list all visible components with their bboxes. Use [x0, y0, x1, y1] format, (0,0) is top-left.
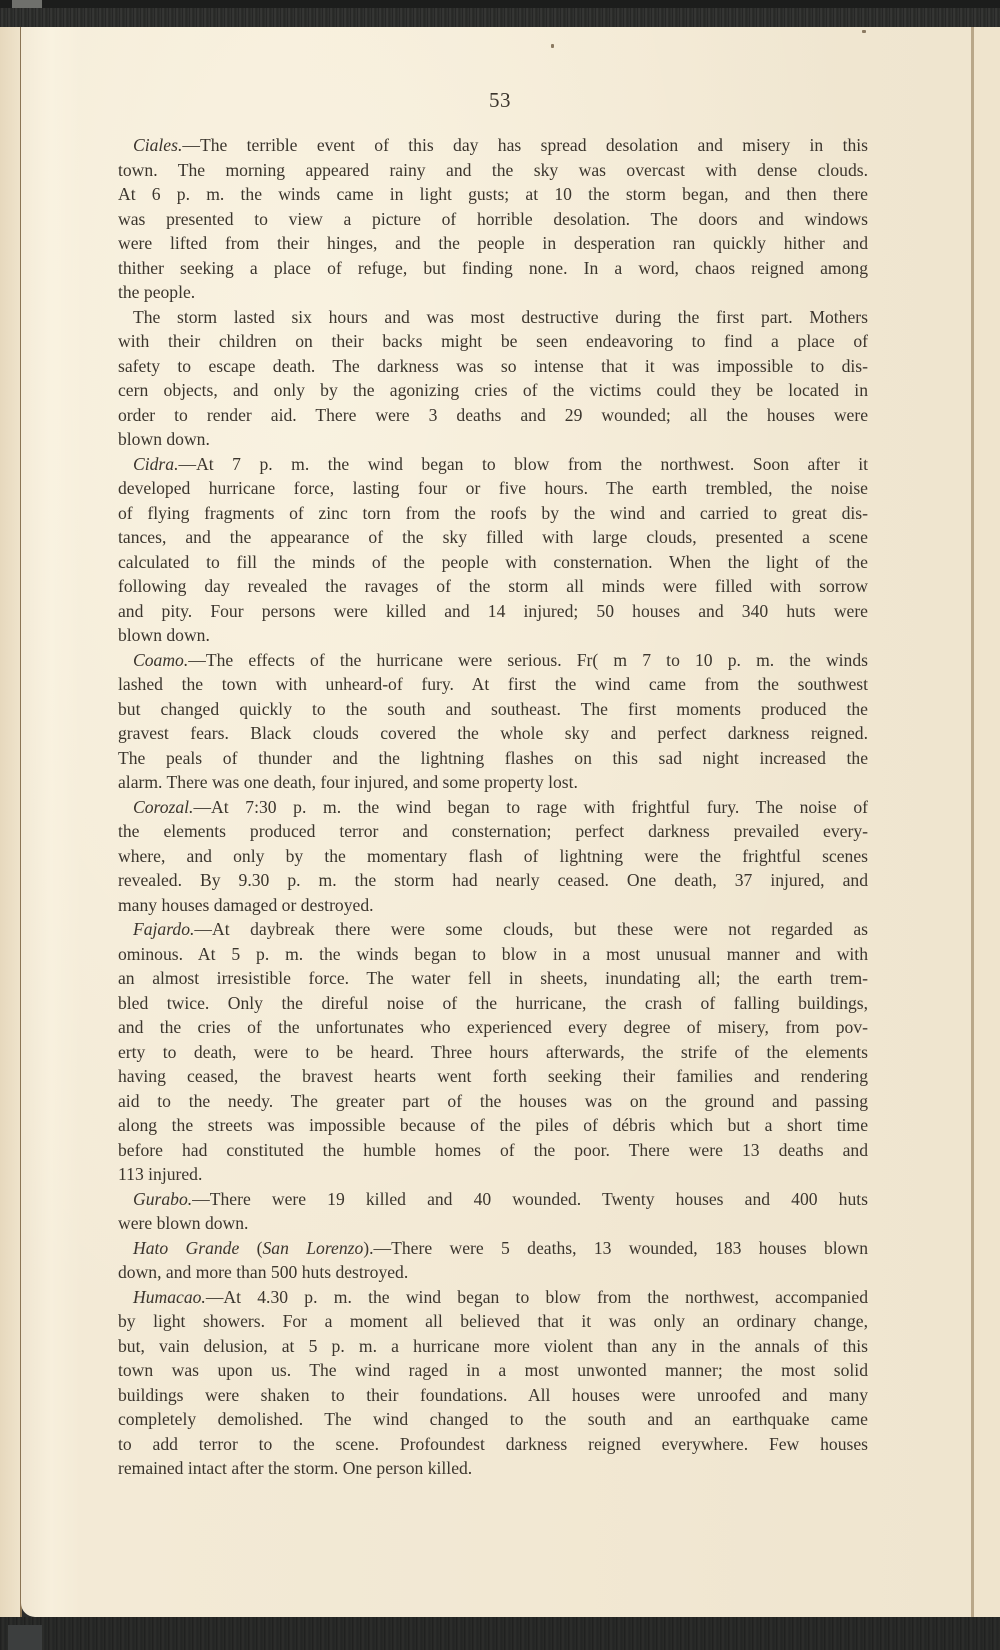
- line-text: —There were 19 killed and 40 wounded. Tw…: [192, 1189, 868, 1209]
- binding-tab: [8, 1625, 42, 1650]
- text-line: before had constituted the humble homes …: [118, 1138, 868, 1163]
- text-line: Cidra.—At 7 p. m. the wind began to blow…: [118, 452, 868, 477]
- text-line: by light showers. For a moment all belie…: [118, 1309, 868, 1334]
- line-text: alarm. There was one death, four injured…: [118, 772, 578, 792]
- text-line: where, and only by the momentary flash o…: [118, 844, 868, 869]
- text-line: and the cries of the unfortunates who ex…: [118, 1015, 868, 1040]
- line-text: the elements produced terror and conster…: [118, 821, 868, 841]
- text-line: blown down.: [118, 623, 868, 648]
- paragraph: Gurabo.—There were 19 killed and 40 woun…: [118, 1187, 868, 1236]
- text-line: revealed. By 9.30 p. m. the storm had ne…: [118, 868, 868, 893]
- text-line: Hato Grande (San Lorenzo).—There were 5 …: [118, 1236, 868, 1261]
- place-name: Fajardo.: [133, 919, 194, 939]
- text-line: order to render aid. There were 3 deaths…: [118, 403, 868, 428]
- line-text: to add terror to the scene. Profoundest …: [118, 1434, 868, 1454]
- document-body: Ciales.—The terrible event of this day h…: [118, 133, 868, 1481]
- place-name-part: San Lorenzo: [263, 1238, 364, 1258]
- line-text: many houses damaged or destroyed.: [118, 895, 374, 915]
- text-line: thither seeking a place of refuge, but f…: [118, 256, 868, 281]
- line-text: down, and more than 500 huts destroyed.: [118, 1262, 408, 1282]
- text-line: aid to the needy. The greater part of th…: [118, 1089, 868, 1114]
- text-line: down, and more than 500 huts destroyed.: [118, 1260, 868, 1285]
- line-text: The peals of thunder and the lightning f…: [118, 748, 868, 768]
- line-text: the people.: [118, 282, 195, 302]
- line-text: having ceased, the bravest hearts went f…: [118, 1066, 868, 1086]
- place-name: Gurabo.: [133, 1189, 192, 1209]
- previous-page-edge: [0, 27, 22, 1617]
- line-text: before had constituted the humble homes …: [118, 1140, 868, 1160]
- line-text: an almost irresistible force. The water …: [118, 968, 868, 988]
- text-line: many houses damaged or destroyed.: [118, 893, 868, 918]
- line-text: lashed the town with unheard-of fury. At…: [118, 674, 868, 694]
- text-line: 113 injured.: [118, 1162, 868, 1187]
- paragraph: The storm lasted six hours and was most …: [118, 305, 868, 452]
- text-line: tances, and the appearance of the sky fi…: [118, 525, 868, 550]
- line-text: following day revealed the ravages of th…: [118, 576, 868, 596]
- text-line: blown down.: [118, 427, 868, 452]
- text-line: Humacao.—At 4.30 p. m. the wind began to…: [118, 1285, 868, 1310]
- line-text: completely demolished. The wind changed …: [118, 1409, 868, 1429]
- line-text: —At 7 p. m. the wind began to blow from …: [178, 454, 868, 474]
- text-line: an almost irresistible force. The water …: [118, 966, 868, 991]
- text-line: developed hurricane force, lasting four …: [118, 476, 868, 501]
- text-line: The peals of thunder and the lightning f…: [118, 746, 868, 771]
- line-text: blown down.: [118, 429, 210, 449]
- text-line: having ceased, the bravest hearts went f…: [118, 1064, 868, 1089]
- line-text: remained intact after the storm. One per…: [118, 1458, 472, 1478]
- line-text: along the streets was impossible because…: [118, 1115, 868, 1135]
- text-line: were blown down.: [118, 1211, 868, 1236]
- text-line: remained intact after the storm. One per…: [118, 1456, 868, 1481]
- text-line: were lifted from their hinges, and the p…: [118, 231, 868, 256]
- text-line: town. The morning appeared rainy and the…: [118, 158, 868, 183]
- paper-speck: [862, 30, 866, 33]
- text-line: calculated to fill the minds of the peop…: [118, 550, 868, 575]
- line-text: were blown down.: [118, 1213, 248, 1233]
- line-text: ominous. At 5 p. m. the winds began to b…: [118, 944, 868, 964]
- line-text: town. The morning appeared rainy and the…: [118, 160, 868, 180]
- text-line: town was upon us. The wind raged in a mo…: [118, 1358, 868, 1383]
- text-line: with their children on their backs might…: [118, 329, 868, 354]
- line-text: calculated to fill the minds of the peop…: [118, 552, 868, 572]
- page-number: 53: [0, 88, 1000, 113]
- line-text: with their children on their backs might…: [118, 331, 868, 351]
- text-line: buildings were shaken to their foundatio…: [118, 1383, 868, 1408]
- line-text: —The effects of the hurricane were serio…: [188, 650, 868, 670]
- text-line: Ciales.—The terrible event of this day h…: [118, 133, 868, 158]
- text-line: following day revealed the ravages of th…: [118, 574, 868, 599]
- line-text: by light showers. For a moment all belie…: [118, 1311, 868, 1331]
- line-text: town was upon us. The wind raged in a mo…: [118, 1360, 868, 1380]
- text-line: but, vain delusion, at 5 p. m. a hurrica…: [118, 1334, 868, 1359]
- text-line: gravest fears. Black clouds covered the …: [118, 721, 868, 746]
- line-text: thither seeking a place of refuge, but f…: [118, 258, 868, 278]
- line-text: was presented to view a picture of horri…: [118, 209, 868, 229]
- text-line: alarm. There was one death, four injured…: [118, 770, 868, 795]
- place-name: Humacao.: [133, 1287, 206, 1307]
- line-text: gravest fears. Black clouds covered the …: [118, 723, 868, 743]
- place-name: Hato Grande (San Lorenzo).: [133, 1238, 374, 1258]
- place-name-part: Hato Grande: [133, 1238, 257, 1258]
- paragraph: Cidra.—At 7 p. m. the wind began to blow…: [118, 452, 868, 648]
- line-text: tances, and the appearance of the sky fi…: [118, 527, 868, 547]
- place-name: Cidra.: [133, 454, 178, 474]
- text-line: The storm lasted six hours and was most …: [118, 305, 868, 330]
- line-text: aid to the needy. The greater part of th…: [118, 1091, 868, 1111]
- line-text: —At 7:30 p. m. the wind began to rage wi…: [193, 797, 868, 817]
- line-text: The storm lasted six hours and was most …: [133, 307, 868, 327]
- text-line: completely demolished. The wind changed …: [118, 1407, 868, 1432]
- paragraph: Corozal.—At 7:30 p. m. the wind began to…: [118, 795, 868, 918]
- text-line: was presented to view a picture of horri…: [118, 207, 868, 232]
- line-text: and the cries of the unfortunates who ex…: [118, 1017, 868, 1037]
- text-line: At 6 p. m. the winds came in light gusts…: [118, 182, 868, 207]
- line-text: were lifted from their hinges, and the p…: [118, 233, 868, 253]
- text-line: erty to death, were to be heard. Three h…: [118, 1040, 868, 1065]
- text-line: Coamo.—The effects of the hurricane were…: [118, 648, 868, 673]
- book-binding-top: [0, 0, 1000, 27]
- place-name: Corozal.: [133, 797, 193, 817]
- line-text: but changed quickly to the south and sou…: [118, 699, 868, 719]
- text-line: the people.: [118, 280, 868, 305]
- text-line: ominous. At 5 p. m. the winds began to b…: [118, 942, 868, 967]
- text-line: Corozal.—At 7:30 p. m. the wind began to…: [118, 795, 868, 820]
- line-text: where, and only by the momentary flash o…: [118, 846, 868, 866]
- line-text: —At daybreak there were some clouds, but…: [194, 919, 868, 939]
- binding-corner-mark: [12, 0, 42, 8]
- text-line: the elements produced terror and conster…: [118, 819, 868, 844]
- text-line: Gurabo.—There were 19 killed and 40 woun…: [118, 1187, 868, 1212]
- line-text: but, vain delusion, at 5 p. m. a hurrica…: [118, 1336, 868, 1356]
- place-name: Coamo.: [133, 650, 188, 670]
- text-line: safety to escape death. The darkness was…: [118, 354, 868, 379]
- line-text: —The terrible event of this day has spre…: [182, 135, 868, 155]
- place-name-part: ).: [363, 1238, 373, 1258]
- text-line: and pity. Four persons were killed and 1…: [118, 599, 868, 624]
- text-line: of flying fragments of zinc torn from th…: [118, 501, 868, 526]
- line-text: —There were 5 deaths, 13 wounded, 183 ho…: [374, 1238, 868, 1258]
- text-line: Fajardo.—At daybreak there were some clo…: [118, 917, 868, 942]
- line-text: blown down.: [118, 625, 210, 645]
- line-text: safety to escape death. The darkness was…: [118, 356, 868, 376]
- line-text: 113 injured.: [118, 1164, 202, 1184]
- line-text: order to render aid. There were 3 deaths…: [118, 405, 868, 425]
- text-line: along the streets was impossible because…: [118, 1113, 868, 1138]
- line-text: of flying fragments of zinc torn from th…: [118, 503, 868, 523]
- paragraph: Hato Grande (San Lorenzo).—There were 5 …: [118, 1236, 868, 1285]
- text-line: to add terror to the scene. Profoundest …: [118, 1432, 868, 1457]
- next-page-edge: [974, 27, 1000, 1617]
- line-text: and pity. Four persons were killed and 1…: [118, 601, 868, 621]
- paragraph: Humacao.—At 4.30 p. m. the wind began to…: [118, 1285, 868, 1481]
- line-text: buildings were shaken to their foundatio…: [118, 1385, 868, 1405]
- line-text: —At 4.30 p. m. the wind began to blow fr…: [206, 1287, 868, 1307]
- line-text: revealed. By 9.30 p. m. the storm had ne…: [118, 870, 868, 890]
- paragraph: Coamo.—The effects of the hurricane were…: [118, 648, 868, 795]
- paper-speck: [551, 44, 554, 48]
- line-text: cern objects, and only by the agonizing …: [118, 380, 868, 400]
- text-line: lashed the town with unheard-of fury. At…: [118, 672, 868, 697]
- book-binding-bottom: [0, 1617, 1000, 1650]
- line-text: erty to death, were to be heard. Three h…: [118, 1042, 868, 1062]
- text-line: but changed quickly to the south and sou…: [118, 697, 868, 722]
- line-text: At 6 p. m. the winds came in light gusts…: [118, 184, 868, 204]
- text-line: cern objects, and only by the agonizing …: [118, 378, 868, 403]
- line-text: bled twice. Only the direful noise of th…: [118, 993, 868, 1013]
- line-text: developed hurricane force, lasting four …: [118, 478, 868, 498]
- place-name: Ciales.: [133, 135, 182, 155]
- paragraph: Ciales.—The terrible event of this day h…: [118, 133, 868, 305]
- paragraph: Fajardo.—At daybreak there were some clo…: [118, 917, 868, 1187]
- text-line: bled twice. Only the direful noise of th…: [118, 991, 868, 1016]
